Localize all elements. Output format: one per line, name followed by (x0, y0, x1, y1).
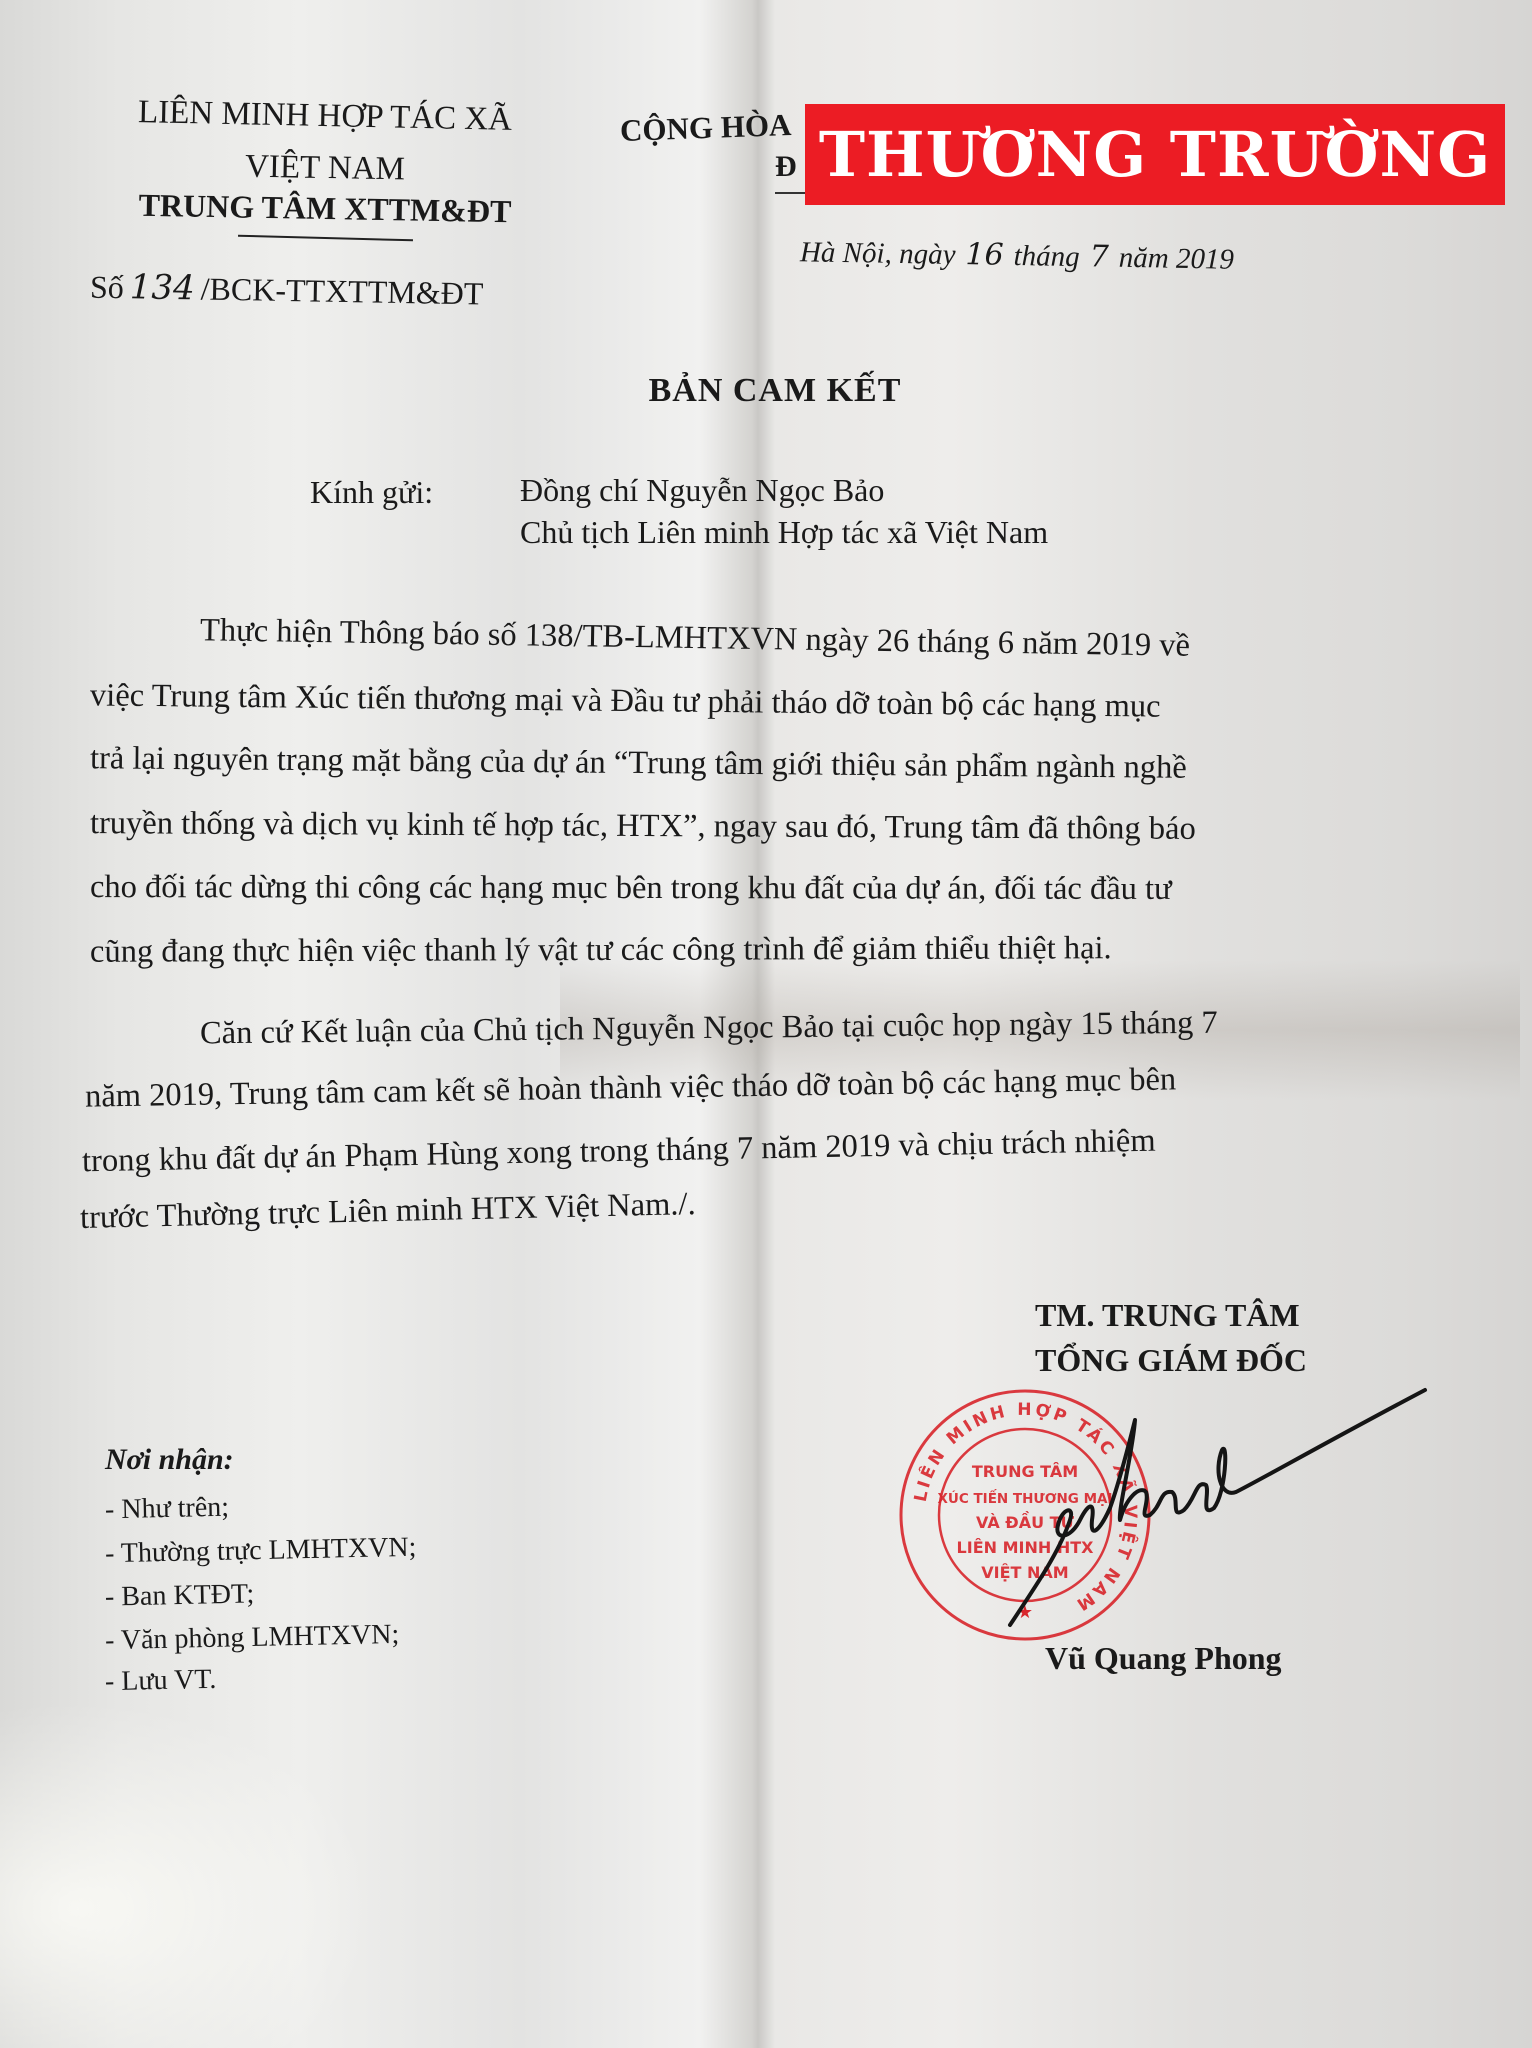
org-name-line2: VIỆT NAM (100, 148, 551, 189)
body-paragraph2-line: trong khu đất dự án Phạm Hùng xong trong… (82, 1123, 1156, 1181)
document-title: BẢN CAM KẾT (0, 372, 1532, 410)
recipient-item: - Như trên; (105, 1492, 230, 1527)
date-year: năm 2019 (1119, 242, 1235, 276)
signer-name: Vũ Quang Phong (1045, 1640, 1282, 1677)
date-prefix: Hà Nội, ngày (800, 236, 956, 271)
doc-number-handwritten: 134 (129, 267, 195, 308)
paper-highlight (0, 1700, 380, 2048)
watermark-text: THƯƠNG TRƯỜNG (819, 118, 1491, 191)
national-title: CỘNG HÒA (619, 107, 792, 149)
body-paragraph1-line: trả lại nguyên trạng mặt bằng của dự án … (90, 740, 1187, 787)
body-paragraph2-line: Căn cứ Kết luận của Chủ tịch Nguyễn Ngọc… (200, 1005, 1218, 1053)
org-name-line1: LIÊN MINH HỢP TÁC XÃ (100, 95, 551, 137)
recipient-item: - Văn phòng LMHTXVN; (105, 1619, 400, 1657)
signature-on-behalf: TM. TRUNG TÂM (1035, 1297, 1300, 1334)
doc-number-suffix: /BCK-TTXTTM&ĐT (200, 271, 483, 312)
signature-role: TỔNG GIÁM ĐỐC (1035, 1342, 1307, 1379)
addressee-name: Đồng chí Nguyễn Ngọc Bảo (520, 472, 884, 509)
org-underline (238, 235, 413, 242)
national-motto: Đ (775, 150, 797, 184)
date-line: Hà Nội, ngày16tháng7năm 2019 (800, 234, 1235, 277)
addressee-position: Chủ tịch Liên minh Hợp tác xã Việt Nam (520, 514, 1048, 551)
date-day: 16 (965, 237, 1004, 273)
recipient-item: - Ban KTĐT; (105, 1578, 255, 1613)
org-unit-name: TRUNG TÂM XTTM&ĐT (100, 188, 550, 228)
body-paragraph2-line: trước Thường trực Liên minh HTX Việt Nam… (80, 1186, 696, 1237)
handwritten-signature (1000, 1380, 1430, 1640)
recipients-title: Nơi nhận: (105, 1443, 234, 1477)
addressee-label: Kính gửi: (310, 474, 433, 511)
body-paragraph1-line: truyền thống và dịch vụ kinh tế hợp tác,… (90, 805, 1196, 848)
body-paragraph2-line: năm 2019, Trung tâm cam kết sẽ hoàn thàn… (85, 1061, 1177, 1115)
document-number: Số134/BCK-TTXTTM&ĐT (90, 267, 484, 314)
body-paragraph1-line: việc Trung tâm Xúc tiến thương mại và Đầ… (90, 677, 1161, 725)
recipient-item: - Lưu VT. (105, 1664, 217, 1698)
doc-number-prefix: Số (90, 269, 124, 306)
body-paragraph1-line: cho đối tác dừng thi công các hạng mục b… (90, 869, 1172, 908)
body-paragraph1-line: Thực hiện Thông báo số 138/TB-LMHTXVN ng… (200, 612, 1191, 665)
recipient-item: - Thường trực LMHTXVN; (105, 1532, 417, 1571)
body-paragraph1-line: cũng đang thực hiện việc thanh lý vật tư… (90, 930, 1112, 971)
watermark-banner: THƯƠNG TRƯỜNG (805, 104, 1505, 205)
date-month-label: tháng (1013, 240, 1080, 273)
date-month: 7 (1089, 239, 1109, 274)
